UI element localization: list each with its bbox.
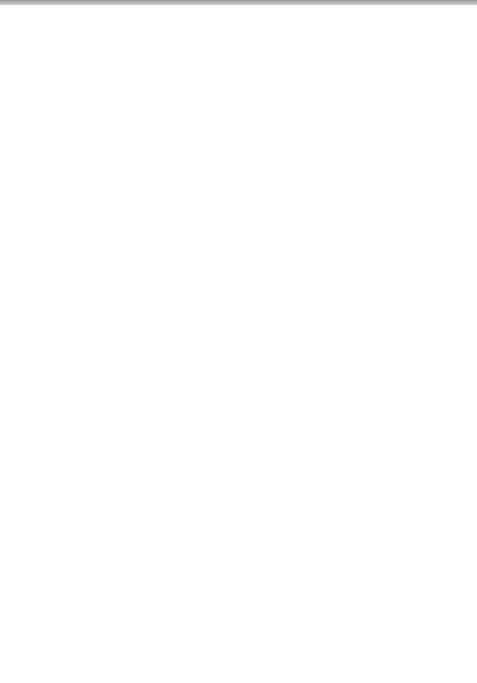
document-page xyxy=(0,0,477,683)
